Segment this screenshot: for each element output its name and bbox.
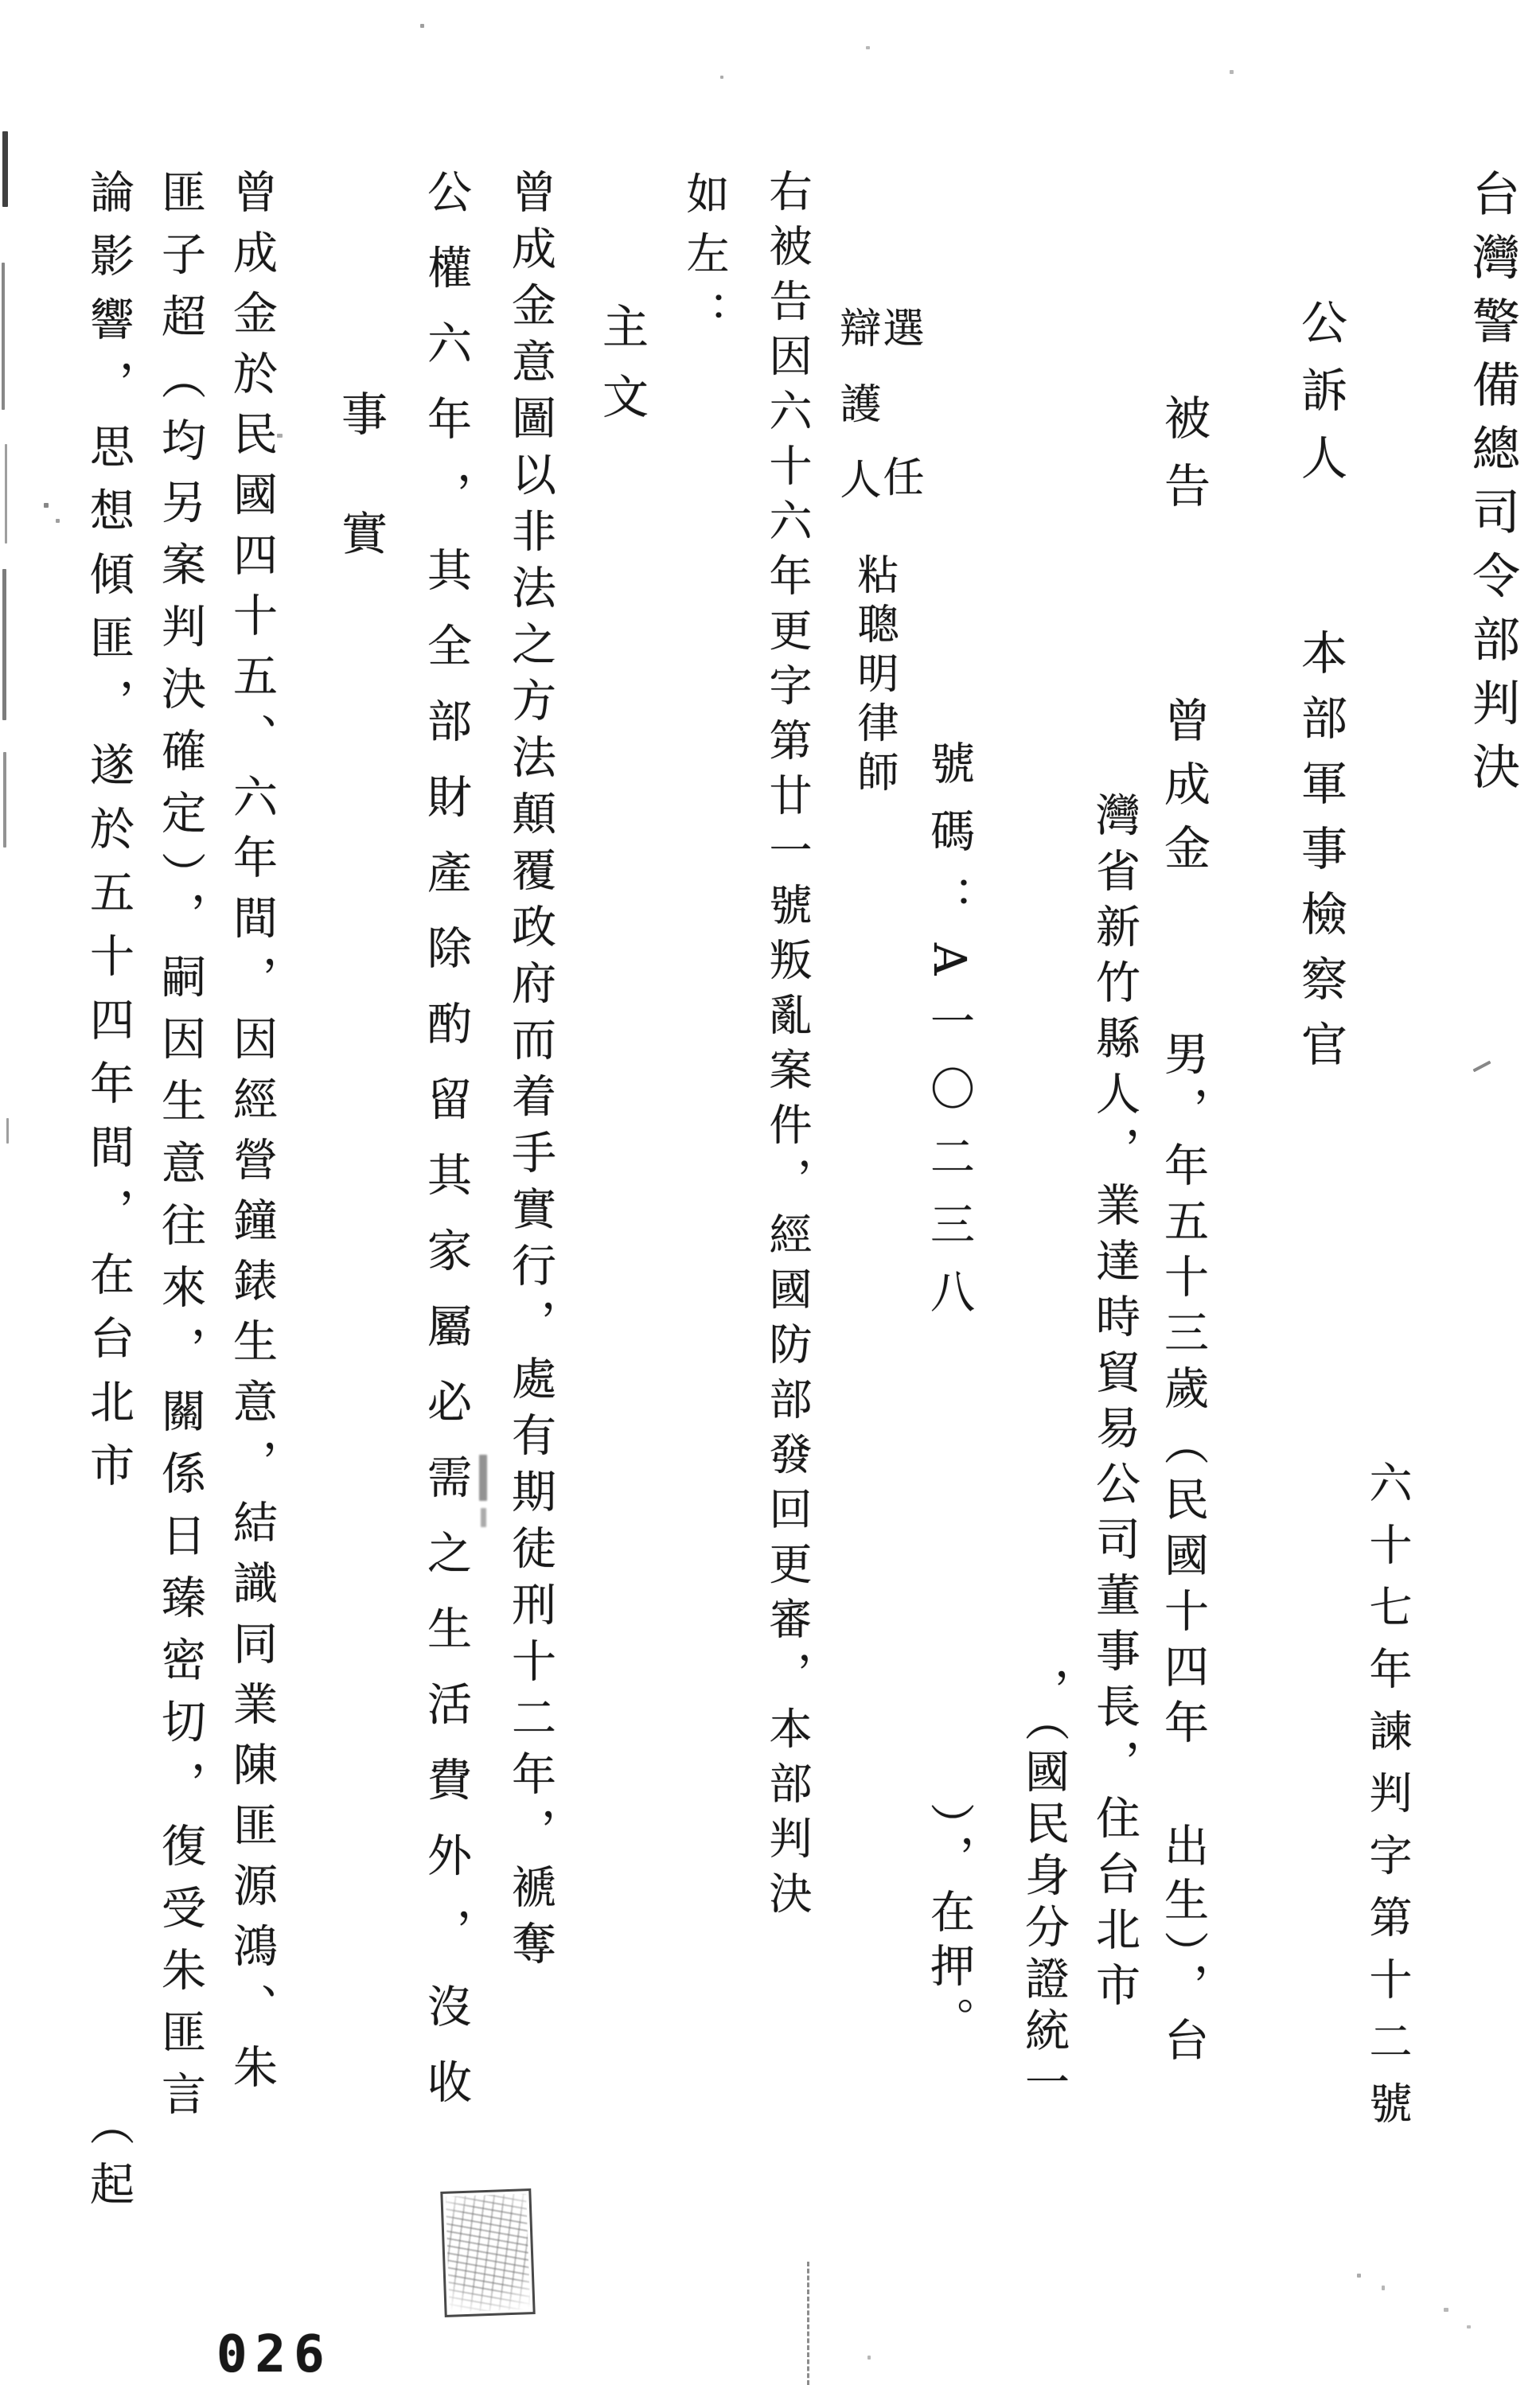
scan-artifact <box>1472 1061 1491 1073</box>
facts-line: 論影響，思想傾匪，遂於五十四年間，在台北市 <box>86 169 131 1506</box>
judgment-scan-page: 台灣警備總司令部判決 六十七年諫判字第十二號 公訴人 本部軍事檢察官 被告 曾成… <box>0 0 1540 2385</box>
defendant-name: 曾成金 <box>1160 696 1207 887</box>
prosecutor-label: 公訴人 <box>1297 298 1343 501</box>
scan-artifact <box>2 569 6 720</box>
defendant-detail-line: ，（國民身分證統一 <box>1021 1667 1066 2110</box>
defendant-label: 被告 <box>1160 394 1207 529</box>
main-text-header: 主文 <box>598 302 645 442</box>
scan-artifact <box>56 519 60 523</box>
scan-artifact <box>867 2356 871 2360</box>
defendant-detail-line: 號碼：A一〇二三八 <box>926 740 971 1336</box>
preamble-line: 如左： <box>683 171 726 350</box>
scan-artifact <box>1357 2274 1361 2278</box>
scan-artifact <box>2 263 5 410</box>
scan-artifact <box>1382 2286 1385 2290</box>
scan-artifact <box>44 503 49 508</box>
scan-artifact <box>479 1455 487 1501</box>
defendant-detail-line: 灣省新竹縣人，業達時貿易公司董事長，住台北市 <box>1092 792 1136 2017</box>
scan-artifact <box>5 444 7 544</box>
scan-artifact <box>2 131 8 207</box>
verdict-line: 公權六年，其全部財產除酌留其家屬必需之生活費外，沒收 <box>423 169 468 2134</box>
verdict-line: 曾成金意圖以非法之方法顛覆政府而着手實行，處有期徒刑十二年，褫奪 <box>508 169 552 1977</box>
scan-artifact <box>277 434 283 438</box>
scan-artifact <box>420 24 424 28</box>
counsel-name: 粘聰明律師 <box>853 553 895 800</box>
scan-artifact <box>3 752 6 848</box>
defendant-detail-line: 出生），台 <box>1160 1822 1205 2071</box>
preamble-line: 右被告因六十六年更字第廿一號叛亂案件，經國防部發回更審，本部判決 <box>766 169 809 1926</box>
seal-stamp <box>440 2188 535 2317</box>
counsel-label-main: 辯護人 <box>836 306 877 533</box>
defendant-detail-line: ），在押。 <box>926 1802 971 2051</box>
scan-artifact <box>1230 70 1234 74</box>
facts-line: 匪子超（均另案判決確定），嗣因生意往來，關係日臻密切，復受朱匪言 <box>158 169 202 2133</box>
fold-mark <box>807 2262 809 2385</box>
prosecutor-value: 本部軍事檢察官 <box>1297 629 1343 1085</box>
seal-ink-texture <box>445 2193 530 2312</box>
scan-artifact <box>1444 2308 1448 2312</box>
scan-artifact <box>481 1508 486 1527</box>
document-title: 台灣警備總司令部判決 <box>1468 169 1516 805</box>
facts-line: （起 <box>86 2101 131 2220</box>
case-number: 六十七年諫判字第十二號 <box>1366 1460 1409 2143</box>
facts-line: 曾成金於民國四十五、六年間，因經營鐘錶生意，結識同業陳匪源鴻、朱 <box>229 169 274 2104</box>
scan-artifact <box>720 76 723 79</box>
scan-artifact <box>6 1118 9 1144</box>
facts-header: 事實 <box>337 390 384 629</box>
page-number: 026 <box>216 2325 333 2384</box>
scan-artifact <box>866 46 870 49</box>
defendant-detail-line: 男，年五十三歲（民國十四年 <box>1160 1031 1205 1755</box>
scan-artifact <box>1467 2325 1471 2328</box>
